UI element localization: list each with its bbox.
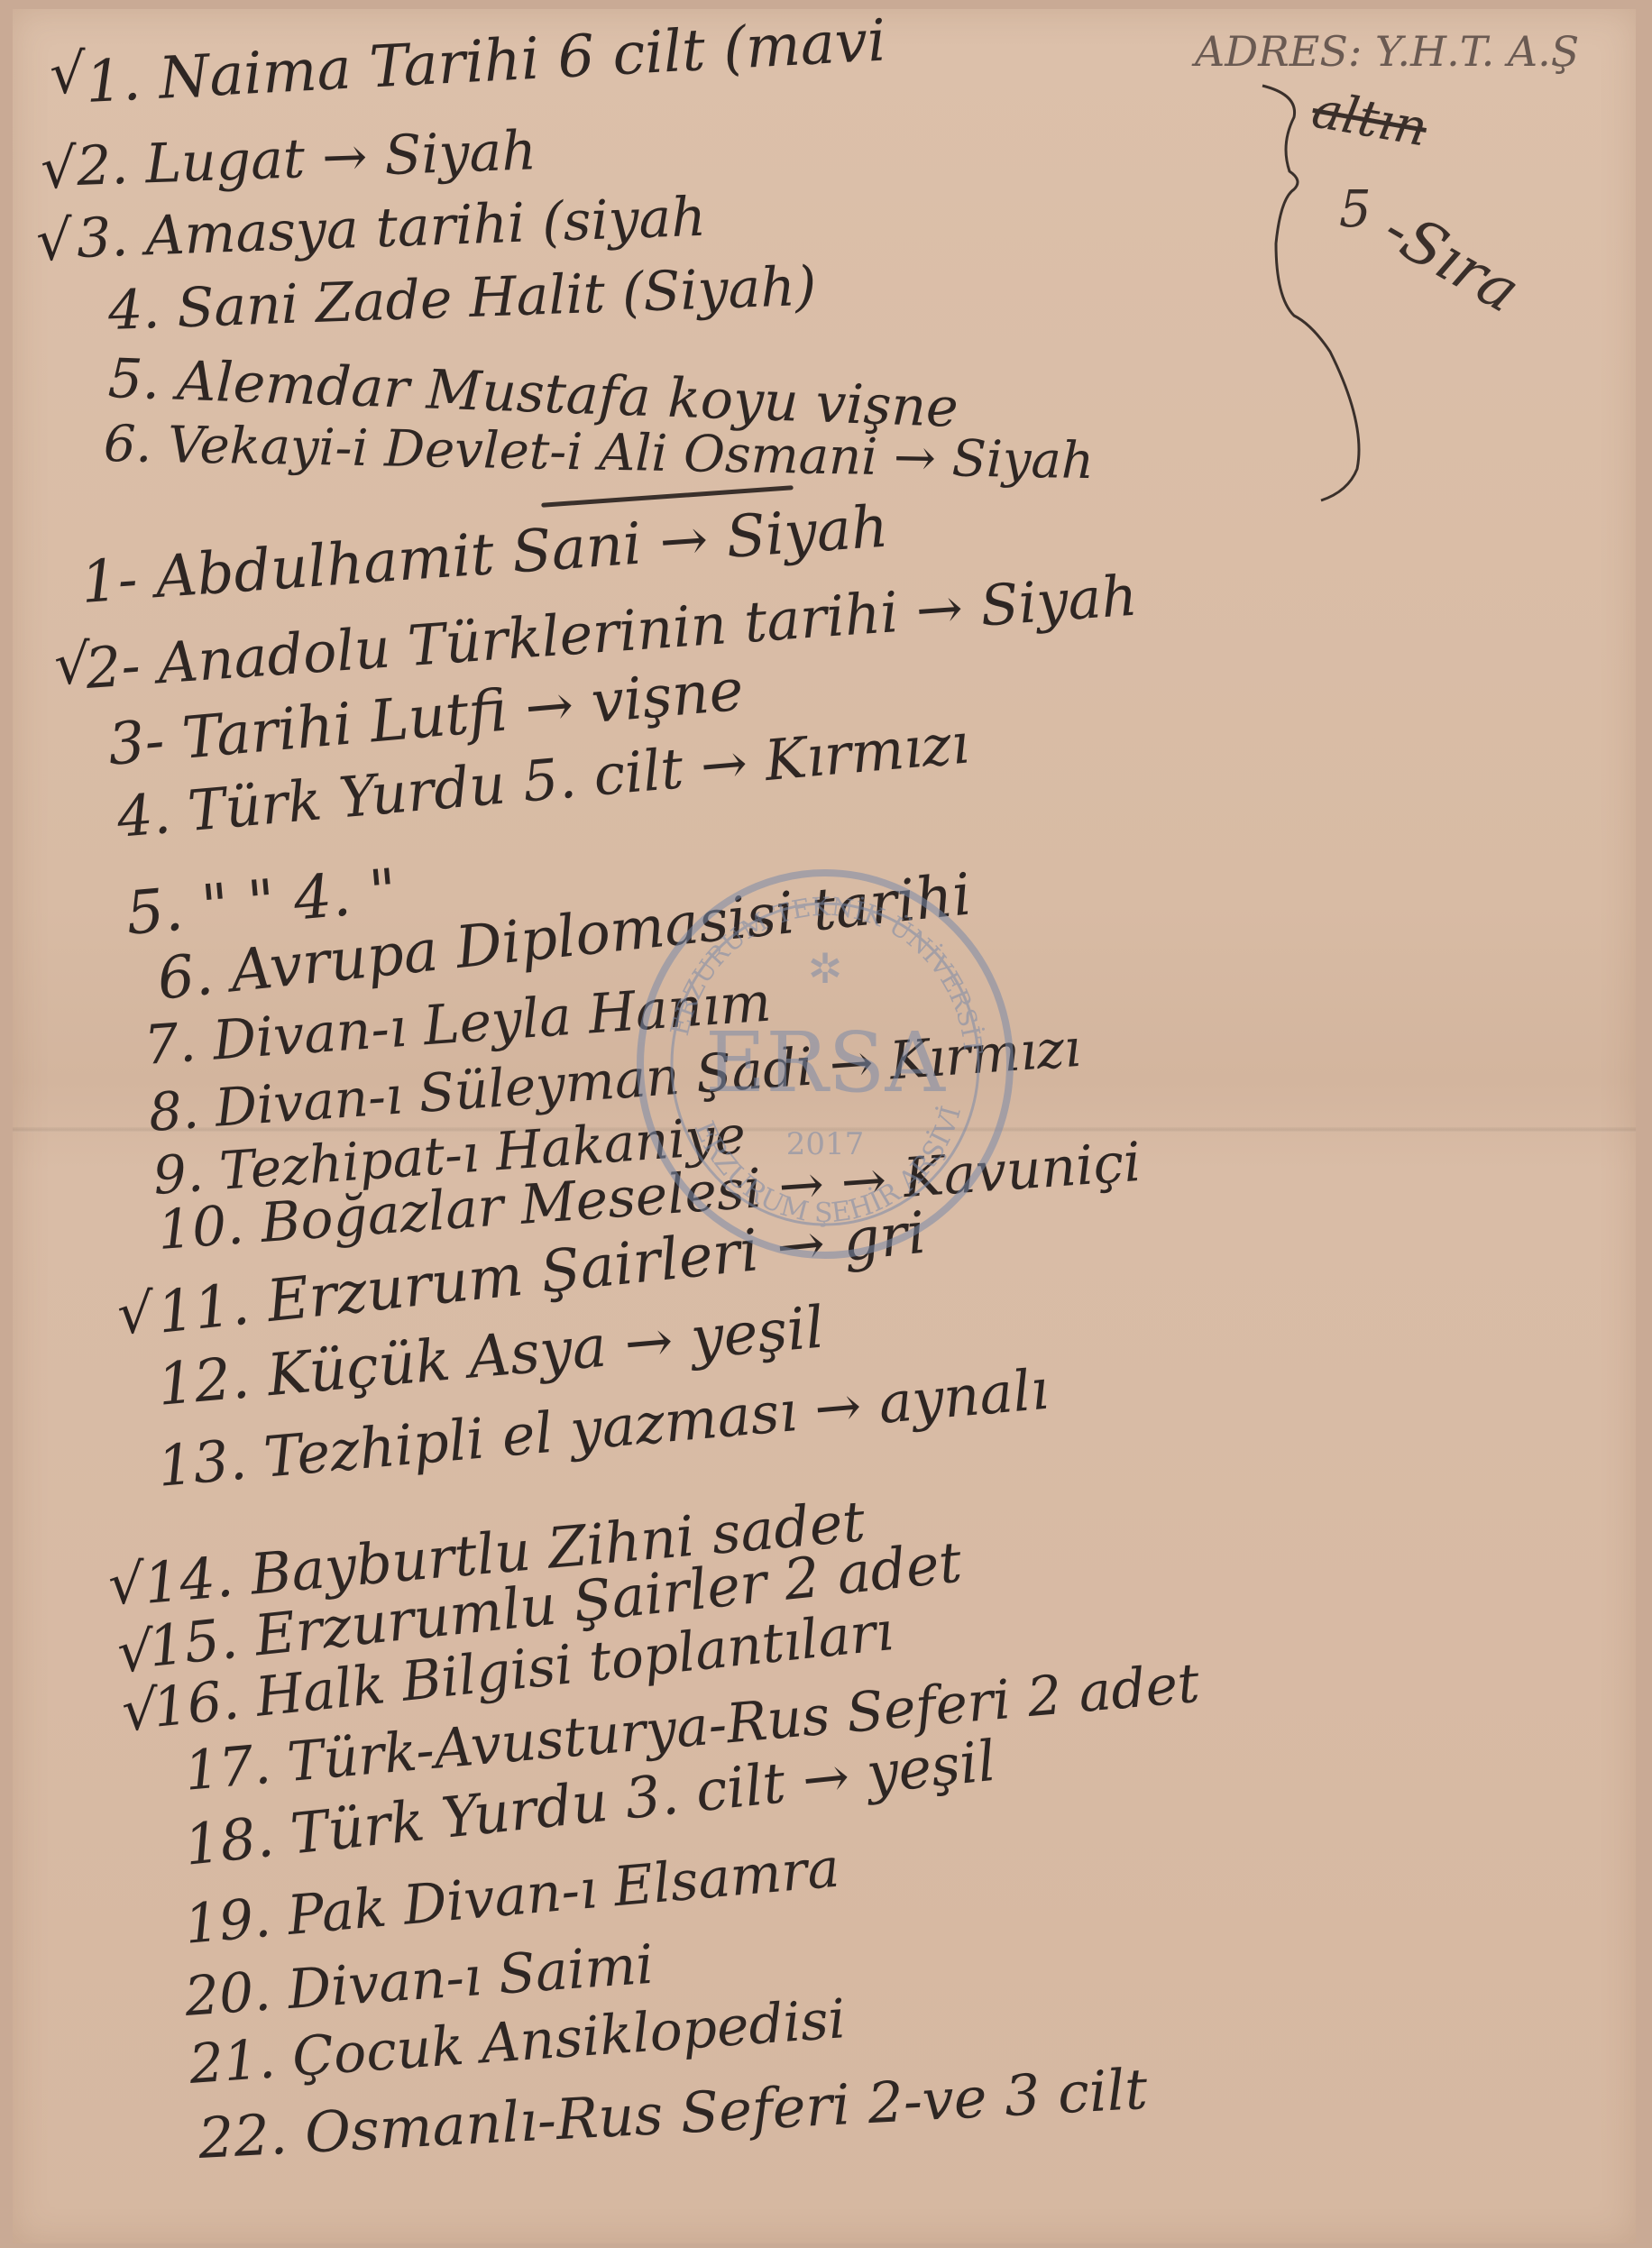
item-number: 5. [107,347,161,412]
item-number: 10. [156,1193,246,1262]
svg-text:2017: 2017 [786,1126,865,1162]
svg-text:✲: ✲ [808,944,843,993]
item-number: 1. [84,47,142,116]
item-number: 20. [183,1959,273,2028]
check-mark-icon: √ [41,135,77,201]
archive-stamp: ERZURUM TEKNİK ÜNİVERSİTESİ ERZURUM ŞEHİ… [631,866,1019,1262]
item-number: 7. [142,1011,198,1078]
item-number: 4. [107,278,161,343]
item-number: 18. [181,1803,277,1878]
side-note-number: 5 [1339,180,1372,239]
item-number: 6. [103,415,152,474]
check-mark-icon: √ [117,1280,153,1346]
check-mark-icon: √ [50,41,86,106]
item-number: 16. [150,1668,242,1740]
item-number: 2. [76,133,130,198]
item-number: 1- [78,546,139,617]
item-number: 19. [182,1886,273,1957]
item-number: 3- [106,708,168,779]
check-mark-icon: √ [36,207,72,273]
check-mark-icon: √ [108,1551,144,1617]
item-number: 11. [154,1271,252,1347]
item-number: 4. [115,780,173,850]
svg-text:ERSA: ERSA [705,1014,946,1111]
item-number: 21. [188,2027,278,2096]
item-number: 12. [155,1344,252,1419]
item-number: 17. [182,1733,273,1803]
item-number: 6. [154,941,216,1014]
item-number: 22. [197,2101,289,2171]
item-number: 5. [124,875,186,949]
item-number: 13. [155,1427,250,1500]
top-right-note: ADRES: Y.H.T. A.Ş [1195,27,1579,76]
item-number: 2- [83,632,142,702]
svg-text:ERZURUM ŞEHİR ARŞİVİ: ERZURUM ŞEHİR ARŞİVİ [688,1103,968,1229]
item-number: 3. [76,206,130,271]
item-number: 8. [147,1078,201,1143]
